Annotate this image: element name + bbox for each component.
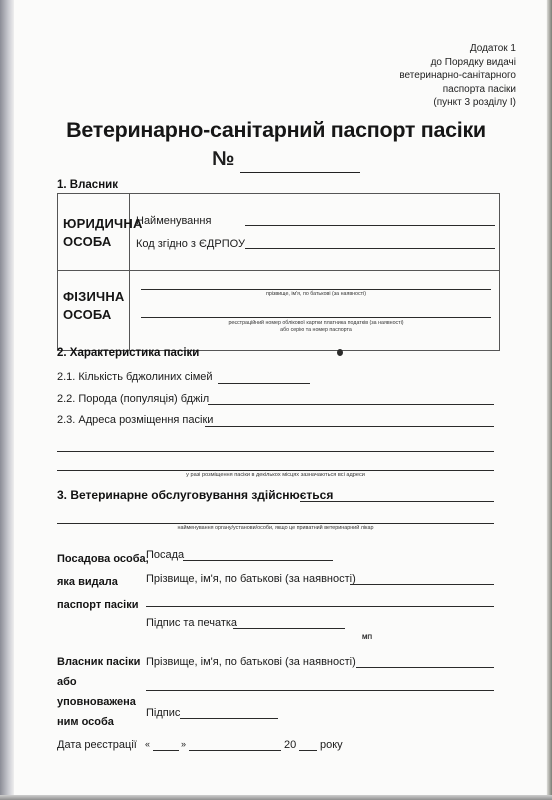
official-signature-label: Підпис та печатка — [146, 617, 237, 629]
registration-year-suffix: року — [320, 739, 343, 751]
close-quote: » — [181, 739, 186, 749]
owner-signature-label: Підпис — [146, 707, 180, 719]
apiary-address-field-3[interactable] — [57, 470, 494, 471]
vet-service-field-2[interactable] — [57, 523, 494, 524]
owner-table: ЮРИДИЧНА ОСОБА Найменування Код згідно з… — [57, 193, 500, 351]
individual-name-caption: прізвище, ім'я, по батькові (за наявност… — [141, 291, 491, 297]
bee-colonies-label: 2.1. Кількість бджолиних сімей — [57, 371, 213, 383]
individual-label-line: ОСОБА — [63, 306, 125, 324]
appendix-line: Додаток 1 — [316, 42, 516, 56]
section-apiary-heading: 2. Характеристика пасіки — [57, 347, 199, 359]
edrpou-code-label: Код згідно з ЄДРПОУ — [136, 238, 245, 250]
registration-year-prefix: 20 — [284, 739, 296, 751]
legal-name-label: Найменування — [136, 215, 211, 227]
owner-name-label: Прізвище, ім'я, по батькові (за наявност… — [146, 656, 356, 668]
official-name-label: Прізвище, ім'я, по батькові (за наявност… — [146, 573, 356, 585]
legal-entity-label: ЮРИДИЧНА ОСОБА — [63, 215, 143, 251]
appendix-line: ветеринарно-санітарного — [316, 69, 516, 83]
bee-colonies-field[interactable] — [218, 383, 310, 384]
stamp-place-label: МП — [362, 634, 372, 641]
registration-month-field[interactable] — [189, 750, 281, 751]
owner-signature-field[interactable] — [180, 718, 278, 719]
bee-breed-field[interactable] — [208, 404, 494, 405]
appendix-line: до Порядку видачі — [316, 56, 516, 70]
legal-entity-row: ЮРИДИЧНА ОСОБА Найменування Код згідно з… — [58, 194, 499, 271]
apiary-address-caption: у разі розміщення пасіки в декількох міс… — [57, 472, 494, 478]
official-position-label: Посада — [146, 549, 184, 561]
document-title: Ветеринарно-санітарний паспорт пасіки — [0, 118, 552, 143]
official-signature-field[interactable] — [233, 628, 345, 629]
official-name-field-2[interactable] — [146, 606, 494, 607]
section-vet-service-heading: 3. Ветеринарне обслуговування здійснюєть… — [57, 488, 333, 502]
owner-authorized-label-line: ним особа — [57, 712, 140, 732]
individual-id-caption: або серію та номер паспорта — [141, 327, 491, 333]
apiary-address-field[interactable] — [205, 426, 494, 427]
issuing-official-label-line: Посадова особа, — [57, 548, 149, 571]
individual-name-field[interactable] — [141, 289, 491, 290]
registration-date-label: Дата реєстрації — [57, 739, 137, 751]
appendix-line: (пункт 3 розділу I) — [316, 96, 516, 110]
individual-id-caption: реєстраційний номер облікової картки пла… — [141, 320, 491, 326]
edrpou-code-field[interactable] — [245, 248, 495, 249]
appendix-note: Додаток 1 до Порядку видачі ветеринарно-… — [316, 42, 516, 110]
apiary-address-field-2[interactable] — [57, 451, 494, 452]
issuing-official-label-line: яка видала — [57, 571, 149, 594]
owner-authorized-label: Власник пасіки або уповноважена ним особ… — [57, 652, 140, 732]
owner-name-field-2[interactable] — [146, 690, 494, 691]
appendix-line: паспорта пасіки — [316, 83, 516, 97]
owner-name-field[interactable] — [356, 667, 494, 668]
registration-year-field[interactable] — [299, 750, 317, 751]
vet-service-caption: найменування органу/установи/особи, якщо… — [57, 525, 494, 531]
page-bottom-edge — [0, 795, 552, 800]
section-owner-heading: 1. Власник — [57, 179, 118, 191]
legal-entity-label-line: ЮРИДИЧНА — [63, 215, 143, 233]
legal-entity-label-line: ОСОБА — [63, 233, 143, 251]
legal-name-field[interactable] — [245, 225, 495, 226]
individual-label: ФІЗИЧНА ОСОБА — [63, 288, 125, 324]
column-divider — [129, 270, 130, 350]
owner-authorized-label-line: уповноважена — [57, 692, 140, 712]
issuing-official-label: Посадова особа, яка видала паспорт пасік… — [57, 548, 149, 617]
ink-stain — [337, 349, 343, 356]
issuing-official-label-line: паспорт пасіки — [57, 594, 149, 617]
individual-id-field[interactable] — [141, 317, 491, 318]
vet-service-field[interactable] — [300, 501, 494, 502]
passport-number-field[interactable] — [240, 172, 360, 173]
passport-number-label: № — [212, 148, 234, 171]
apiary-address-label: 2.3. Адреса розміщення пасіки — [57, 414, 213, 426]
official-position-field[interactable] — [183, 560, 333, 561]
bee-breed-label: 2.2. Порода (популяція) бджіл — [57, 393, 209, 405]
individual-label-line: ФІЗИЧНА — [63, 288, 125, 306]
official-name-field[interactable] — [350, 584, 494, 585]
open-quote: « — [145, 739, 150, 749]
owner-authorized-label-line: або — [57, 672, 140, 692]
registration-day-field[interactable] — [153, 750, 179, 751]
owner-authorized-label-line: Власник пасіки — [57, 652, 140, 672]
individual-row: ФІЗИЧНА ОСОБА прізвище, ім'я, по батьков… — [58, 270, 499, 350]
